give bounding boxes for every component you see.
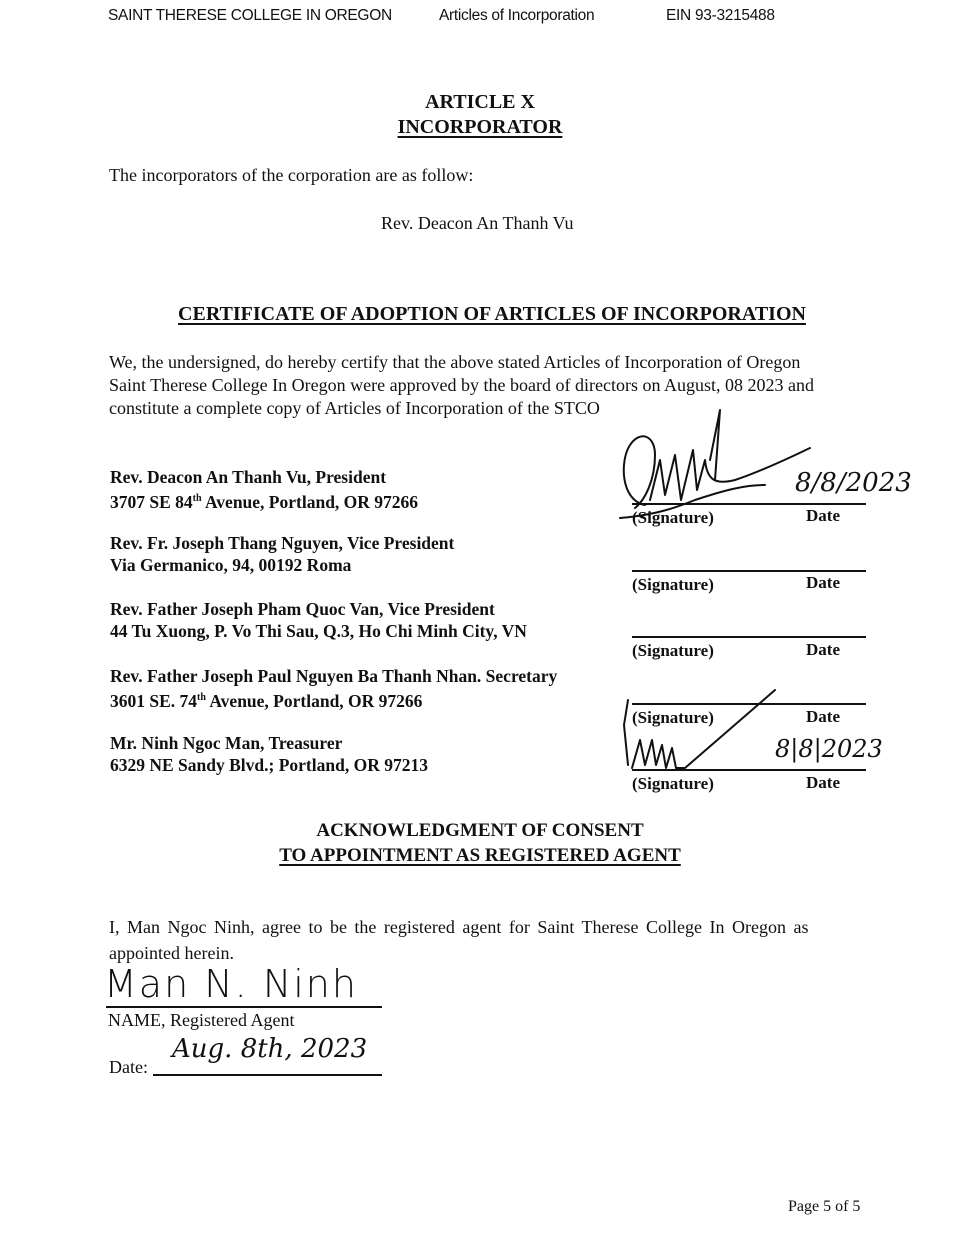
agent-name-label: NAME, Registered Agent xyxy=(108,1009,294,1032)
officer-address: Via Germanico, 94, 00192 Roma xyxy=(110,554,454,576)
handwritten-agent-date: Aug. 8th, 2023 xyxy=(172,1034,367,1064)
handwritten-agent-name: Man N. Ninh xyxy=(104,962,358,1006)
certificate-line-3: constitute a complete copy of Articles o… xyxy=(109,397,600,420)
ack-heading-2: TO APPOINTMENT AS REGISTERED AGENT xyxy=(279,845,681,866)
officer-name: Mr. Ninh Ngoc Man, Treasurer xyxy=(110,732,428,754)
certificate-heading: CERTIFICATE OF ADOPTION OF ARTICLES OF I… xyxy=(178,303,806,325)
officer-vice-president-2: Rev. Father Joseph Pham Quoc Van, Vice P… xyxy=(110,598,527,642)
date-label: Date xyxy=(806,573,840,593)
handwritten-date-treasurer: 8|8|2023 xyxy=(775,735,883,763)
date-label: Date xyxy=(806,640,840,660)
certificate-line-2: Saint Therese College In Oregon were app… xyxy=(109,374,814,397)
officer-address: 6329 NE Sandy Blvd.; Portland, OR 97213 xyxy=(110,754,428,776)
officer-address: 3707 SE 84th Avenue, Portland, OR 97266 xyxy=(110,488,418,513)
header-org: SAINT THERESE COLLEGE IN OREGON xyxy=(108,7,392,25)
incorporator-name: Rev. Deacon An Thanh Vu xyxy=(381,212,574,235)
officer-address: 44 Tu Xuong, P. Vo Thi Sau, Q.3, Ho Chi … xyxy=(110,620,527,642)
agent-name-line[interactable] xyxy=(106,1006,382,1008)
ack-text-1: I, Man Ngoc Ninh, agree to be the regist… xyxy=(109,916,808,939)
officer-name: Rev. Fr. Joseph Thang Nguyen, Vice Presi… xyxy=(110,532,454,554)
signature-line-vp2[interactable] xyxy=(632,636,866,638)
signature-treasurer-ink xyxy=(620,680,820,780)
header-doc-title: Articles of Incorporation xyxy=(439,7,594,25)
officer-treasurer: Mr. Ninh Ngoc Man, Treasurer 6329 NE San… xyxy=(110,732,428,776)
article-intro: The incorporators of the corporation are… xyxy=(109,164,473,187)
ack-heading-1: ACKNOWLEDGMENT OF CONSENT xyxy=(0,820,960,842)
officer-name: Rev. Deacon An Thanh Vu, President xyxy=(110,466,418,488)
signature-label: (Signature) xyxy=(632,575,714,595)
agent-date-label: Date: xyxy=(109,1056,148,1079)
certificate-line-1: We, the undersigned, do hereby certify t… xyxy=(109,351,800,374)
officer-president: Rev. Deacon An Thanh Vu, President 3707 … xyxy=(110,466,418,513)
handwritten-date-president: 8/8/2023 xyxy=(795,468,912,498)
officer-address: 3601 SE. 74th Avenue, Portland, OR 97266 xyxy=(110,687,557,712)
officer-name: Rev. Father Joseph Pham Quoc Van, Vice P… xyxy=(110,598,527,620)
agent-date-line[interactable] xyxy=(153,1074,382,1076)
header-ein: EIN 93-3215488 xyxy=(666,7,775,25)
page-number: Page 5 of 5 xyxy=(788,1198,860,1216)
signature-line-vp1[interactable] xyxy=(632,570,866,572)
signature-president-ink xyxy=(615,400,935,530)
officer-name: Rev. Father Joseph Paul Nguyen Ba Thanh … xyxy=(110,665,557,687)
officer-secretary: Rev. Father Joseph Paul Nguyen Ba Thanh … xyxy=(110,665,557,712)
article-heading: INCORPORATOR xyxy=(398,116,563,138)
article-number: ARTICLE X xyxy=(0,91,960,114)
officer-vice-president-1: Rev. Fr. Joseph Thang Nguyen, Vice Presi… xyxy=(110,532,454,576)
signature-label: (Signature) xyxy=(632,641,714,661)
